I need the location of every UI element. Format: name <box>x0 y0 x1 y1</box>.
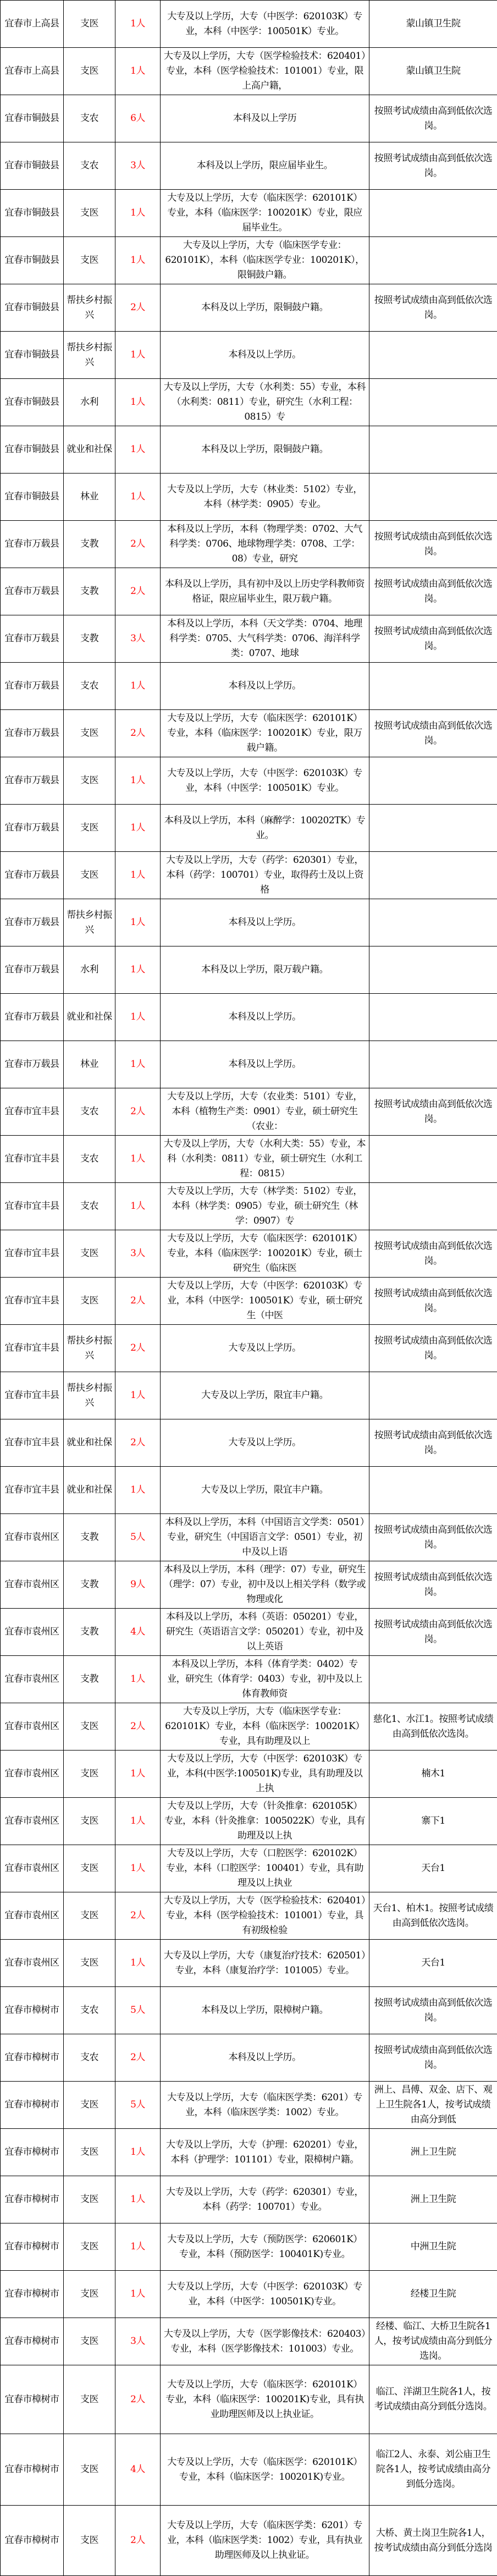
notes-text: 按照考试成绩由高到低依次选岗。 <box>372 1996 495 2025</box>
notes-cell: 慈化1、水江1。按照考试成绩由高到低依次选岗。 <box>369 1703 497 1751</box>
position-type-text: 就业和社保 <box>67 444 112 455</box>
region-cell: 宜春市樟树市 <box>1 2034 64 2082</box>
headcount-cell: 1人 <box>115 1372 161 1419</box>
region-cell: 宜春市铜鼓县 <box>1 426 64 474</box>
position-type-text: 支医 <box>80 775 98 786</box>
position-type-cell: 支医 <box>64 1 115 48</box>
requirements-text: 大专及以上学历，大专（中医学：620103K）专业，本科（中医学：100501K… <box>163 9 367 39</box>
position-type-text: 支医 <box>80 728 98 739</box>
position-type-cell: 水利 <box>64 379 115 426</box>
position-type-cell: 支医 <box>64 852 115 899</box>
region-cell: 宜春市万载县 <box>1 1041 64 1088</box>
region-text: 宜春市樟树市 <box>5 2288 59 2299</box>
requirements-cell: 本科及以上学历，本科（物理学类：0702、大气科学类：0706、地球物理学类：0… <box>161 521 369 568</box>
position-type-text: 林业 <box>80 1059 98 1070</box>
table-row: 宜春市袁州区 支医 1人 大专及以上学历，大专（针灸推拿：620105K）专业，… <box>1 1798 497 1845</box>
notes-text: 天台1 <box>372 1861 495 1876</box>
headcount-text: 5人 <box>130 1532 145 1543</box>
position-type-cell: 支医 <box>64 1703 115 1751</box>
headcount-cell: 1人 <box>115 379 161 426</box>
region-cell: 宜春市袁州区 <box>1 1940 64 1987</box>
position-type-cell: 支教 <box>64 615 115 663</box>
position-type-text: 支农 <box>80 2005 98 2016</box>
requirements-cell: 本科及以上学历。 <box>161 899 369 946</box>
requirements-text: 大专及以上学历，大专（临床医学：620101K）专业，本科（临床医学：10020… <box>163 711 367 756</box>
requirements-text: 本科及以上学历，本科（中国语言文学类：0501）专业，研究生（中国语言文学：05… <box>163 1515 367 1560</box>
region-cell: 宜春市万载县 <box>1 899 64 946</box>
requirements-text: 本科及以上学历，限万载户籍。 <box>163 962 367 977</box>
table-row: 宜春市宜丰县 支农 1人 大专及以上学历，大专（林学类：5102）专业，本科（林… <box>1 1183 497 1230</box>
requirements-cell: 大专及以上学历，大专（农业类：5101）专业，本科（植物生产类：0901）专业，… <box>161 1088 369 1136</box>
requirements-cell: 本科及以上学历，限万载户籍。 <box>161 946 369 994</box>
region-cell: 宜春市宜丰县 <box>1 1278 64 1325</box>
position-type-text: 支教 <box>80 538 98 549</box>
headcount-cell: 5人 <box>115 2082 161 2129</box>
headcount-cell: 1人 <box>115 1751 161 1798</box>
region-cell: 宜春市万载县 <box>1 521 64 568</box>
requirements-text: 大专及以上学历，大专（医学检验技术：620401）专业，本科（医学检验技术：10… <box>163 1894 367 1938</box>
headcount-cell: 2人 <box>115 2506 161 2576</box>
requirements-text: 大专及以上学历，大专（医学影像技术：620403）专业，本科（医学影像技术：10… <box>163 2327 367 2357</box>
requirements-text: 大专及以上学历，大专（医学检验技术：620401）专业，本科（医学检验技术：10… <box>163 49 367 93</box>
region-cell: 宜春市宜丰县 <box>1 1372 64 1419</box>
notes-cell: 经楼卫生院 <box>369 2271 497 2318</box>
notes-cell: 洲上卫生院 <box>369 2129 497 2176</box>
region-cell: 宜春市樟树市 <box>1 2223 64 2271</box>
requirements-cell: 大专及以上学历，大专（预防医学：620601K）专业，本科（预防医学：10040… <box>161 2223 369 2271</box>
table-row: 宜春市樟树市 支医 1人 大专及以上学历，大专（护理：620201）专业，本科（… <box>1 2129 497 2176</box>
region-cell: 宜春市樟树市 <box>1 2129 64 2176</box>
position-type-text: 支医 <box>80 1295 98 1306</box>
headcount-text: 1人 <box>130 775 145 786</box>
position-type-text: 支农 <box>80 1106 98 1117</box>
region-cell: 宜春市万载县 <box>1 852 64 899</box>
position-type-text: 支农 <box>80 2052 98 2063</box>
position-type-cell: 支医 <box>64 757 115 805</box>
position-type-text: 支医 <box>80 822 98 833</box>
position-type-cell: 就业和社保 <box>64 1467 115 1514</box>
headcount-cell: 1人 <box>115 474 161 521</box>
position-type-cell: 帮扶乡村振兴 <box>64 1372 115 1419</box>
table-row: 宜春市铜鼓县 帮扶乡村振兴 2人 本科及以上学历，限铜鼓户籍。 按照考试成绩由高… <box>1 284 497 332</box>
position-type-text: 支医 <box>80 2146 98 2157</box>
table-row: 宜春市袁州区 支教 4人 本科及以上学历，本科（英语：050201）专业，研究生… <box>1 1609 497 1656</box>
headcount-text: 1人 <box>130 2241 145 2252</box>
position-type-cell: 支医 <box>64 190 115 237</box>
headcount-cell: 2人 <box>115 1419 161 1467</box>
headcount-text: 1人 <box>130 1011 145 1022</box>
region-text: 宜春市袁州区 <box>5 1768 59 1779</box>
requirements-text: 本科及以上学历 <box>163 111 367 126</box>
position-type-text: 支医 <box>80 1768 98 1779</box>
region-text: 宜春市万载县 <box>5 538 59 549</box>
position-type-text: 支医 <box>80 2288 98 2299</box>
requirements-text: 本科及以上学历，限铜鼓户籍。 <box>163 300 367 315</box>
notes-cell: 天台1 <box>369 1845 497 1892</box>
region-cell: 宜春市袁州区 <box>1 1845 64 1892</box>
region-text: 宜春市宜丰县 <box>5 1437 59 1448</box>
requirements-cell: 大专及以上学历，大专（医学检验技术：620401）专业，本科（医学检验技术：10… <box>161 1892 369 1940</box>
table-row: 宜春市樟树市 支医 1人 大专及以上学历，大专（预防医学：620601K）专业，… <box>1 2223 497 2271</box>
notes-cell: 按照考试成绩由高到低依次选岗。 <box>369 521 497 568</box>
position-type-text: 支医 <box>80 2464 98 2475</box>
notes-cell: 按照考试成绩由高到低依次选岗。 <box>369 1325 497 1372</box>
requirements-text: 大专及以上学历。 <box>163 1341 367 1356</box>
region-text: 宜春市樟树市 <box>5 2241 59 2252</box>
headcount-cell: 3人 <box>115 615 161 663</box>
headcount-cell: 9人 <box>115 1561 161 1609</box>
headcount-cell: 1人 <box>115 946 161 994</box>
table-row: 宜春市铜鼓县 帮扶乡村振兴 1人 本科及以上学历。 <box>1 332 497 379</box>
requirements-cell: 大专及以上学历，大专（中医学：620103K）专业，本科（中医学：100501K… <box>161 2271 369 2318</box>
position-type-text: 支农 <box>80 1153 98 1164</box>
position-type-cell: 支医 <box>64 1940 115 1987</box>
table-row: 宜春市樟树市 支医 2人 大专及以上学历，大专（临床医学：620101K）专业，… <box>1 2365 497 2434</box>
table-row: 宜春市袁州区 支医 1人 大专及以上学历，大专（康复治疗技术：620501）专业… <box>1 1940 497 1987</box>
requirements-text: 大专及以上学历，大专（中医学：620103K）专业，本科(中医学:100501K… <box>163 1752 367 1796</box>
headcount-cell: 3人 <box>115 142 161 190</box>
headcount-cell: 1人 <box>115 332 161 379</box>
position-type-cell: 支医 <box>64 805 115 852</box>
requirements-cell: 本科及以上学历，限铜鼓户籍。 <box>161 426 369 474</box>
region-cell: 宜春市樟树市 <box>1 2318 64 2365</box>
requirements-text: 本科及以上学历，限应届毕业生。 <box>163 158 367 173</box>
notes-text: 天台1、柏木1。按照考试成绩由高到低依次选岗。 <box>372 1901 495 1931</box>
region-text: 宜春市铜鼓县 <box>5 444 59 455</box>
position-type-cell: 林业 <box>64 474 115 521</box>
notes-cell <box>369 1467 497 1514</box>
requirements-text: 大专及以上学历，大专（水利类：55）专业，本科（水利类：0811）专业，研究生（… <box>163 380 367 425</box>
notes-cell <box>369 426 497 474</box>
positions-table: 宜春市上高县 支医 1人 大专及以上学历，大专（中医学：620103K）专业，本… <box>0 0 497 2576</box>
requirements-text: 大专及以上学历，大专（药学：620301）专业，本科（药学：100701）专业，… <box>163 853 367 898</box>
headcount-text: 1人 <box>130 397 145 408</box>
requirements-text: 本科及以上学历。 <box>163 348 367 362</box>
headcount-text: 5人 <box>130 2099 145 2110</box>
requirements-text: 本科及以上学历，具有初中及以上历史学科教师资格证，限应届毕业生，限万载户籍。 <box>163 577 367 607</box>
position-type-cell: 水利 <box>64 946 115 994</box>
region-text: 宜春市万载县 <box>5 775 59 786</box>
requirements-cell: 大专及以上学历，大专（针灸推拿：620105K）专业，本科（针灸推拿：10050… <box>161 1798 369 1845</box>
position-type-text: 支医 <box>80 1248 98 1259</box>
headcount-cell: 5人 <box>115 1514 161 1561</box>
notes-text: 洲上卫生院 <box>372 2192 495 2207</box>
table-row: 宜春市樟树市 支医 4人 大专及以上学历，大专（临床医学：620101K）专业，… <box>1 2434 497 2506</box>
position-type-cell: 支农 <box>64 1987 115 2034</box>
region-cell: 宜春市袁州区 <box>1 1609 64 1656</box>
table-row: 宜春市袁州区 支教 9人 本科及以上学历，本科（理学：07）专业，研究生（理学：… <box>1 1561 497 1609</box>
notes-text: 蒙山镇卫生院 <box>372 16 495 31</box>
requirements-cell: 本科及以上学历。 <box>161 332 369 379</box>
headcount-cell: 1人 <box>115 237 161 284</box>
position-type-cell: 支农 <box>64 142 115 190</box>
requirements-cell: 本科及以上学历 <box>161 95 369 142</box>
region-cell: 宜春市袁州区 <box>1 1561 64 1609</box>
region-text: 宜春市宜丰县 <box>5 1153 59 1164</box>
notes-cell <box>369 1041 497 1088</box>
region-cell: 宜春市铜鼓县 <box>1 379 64 426</box>
headcount-text: 1人 <box>130 964 145 975</box>
region-cell: 宜春市袁州区 <box>1 1514 64 1561</box>
position-type-text: 支医 <box>80 65 98 76</box>
requirements-text: 大专及以上学历，大专（林学类：5102）专业，本科（林学类：0905）专业，硕士… <box>163 1184 367 1229</box>
position-type-text: 支医 <box>80 1910 98 1921</box>
region-text: 宜春市樟树市 <box>5 2535 59 2546</box>
notes-cell: 按照考试成绩由高到低依次选岗。 <box>369 1419 497 1467</box>
notes-text: 按照考试成绩由高到低依次选岗。 <box>372 1286 495 1316</box>
requirements-text: 大专及以上学历，大专（药学：620301）专业，本科（药学：100701）专业。 <box>163 2185 367 2215</box>
position-type-text: 就业和社保 <box>67 1437 112 1448</box>
notes-cell <box>369 332 497 379</box>
table-row: 宜春市袁州区 支教 1人 本科及以上学历，本科（体育学类：0402）专业，研究生… <box>1 1656 497 1703</box>
notes-text: 按照考试成绩由高到低依次选岗。 <box>372 1334 495 1363</box>
requirements-text: 大专及以上学历，大专（临床医学：620101K）专业，本科（临床医学：10020… <box>163 1231 367 1276</box>
position-type-text: 水利 <box>80 964 98 975</box>
region-cell: 宜春市袁州区 <box>1 1798 64 1845</box>
region-cell: 宜春市宜丰县 <box>1 1088 64 1136</box>
requirements-cell: 大专及以上学历，大专（医学检验技术：620401）专业，本科（医学检验技术：10… <box>161 48 369 95</box>
notes-text: 中洲卫生院 <box>372 2239 495 2254</box>
requirements-cell: 本科及以上学历，限樟树户籍。 <box>161 1987 369 2034</box>
headcount-text: 1人 <box>130 1863 145 1874</box>
requirements-text: 本科及以上学历。 <box>163 915 367 930</box>
notes-cell: 天台1、柏木1。按照考试成绩由高到低依次选岗。 <box>369 1892 497 1940</box>
requirements-text: 大专及以上学历，大专（农业类：5101）专业，本科（植物生产类：0901）专业，… <box>163 1089 367 1134</box>
region-cell: 宜春市万载县 <box>1 568 64 615</box>
region-cell: 宜春市万载县 <box>1 805 64 852</box>
requirements-cell: 大专及以上学历。 <box>161 1419 369 1467</box>
headcount-text: 1人 <box>130 2288 145 2299</box>
position-type-cell: 帮扶乡村振兴 <box>64 899 115 946</box>
requirements-cell: 大专及以上学历，大专（林业类：5102）专业，本科（林学类：0905）专业。 <box>161 474 369 521</box>
region-text: 宜春市袁州区 <box>5 1815 59 1826</box>
headcount-cell: 1人 <box>115 994 161 1041</box>
region-text: 宜春市铜鼓县 <box>5 397 59 408</box>
region-text: 宜春市袁州区 <box>5 1674 59 1685</box>
requirements-text: 本科及以上学历，本科（英语：050201）专业，研究生（英语语言文学：05020… <box>163 1610 367 1654</box>
headcount-cell: 1人 <box>115 2223 161 2271</box>
notes-cell: 临江2人、永泰、刘公庙卫生院各1人，按考试成绩由高分到低分选岗。 <box>369 2434 497 2506</box>
requirements-text: 大专及以上学历，大专（护理：620201）专业，本科（护理学：101101）专业… <box>163 2138 367 2167</box>
headcount-cell: 1人 <box>115 852 161 899</box>
headcount-text: 2人 <box>130 538 145 549</box>
notes-cell <box>369 663 497 710</box>
headcount-cell: 1人 <box>115 190 161 237</box>
notes-cell: 按照考试成绩由高到低依次选岗。 <box>369 95 497 142</box>
region-text: 宜春市万载县 <box>5 917 59 928</box>
table-row: 宜春市袁州区 支医 1人 大专及以上学历，大专（口腔医学：620102K）专业，… <box>1 1845 497 1892</box>
requirements-text: 本科及以上学历，限樟树户籍。 <box>163 2003 367 2018</box>
position-type-text: 帮扶乡村振兴 <box>67 342 112 368</box>
region-text: 宜春市万载县 <box>5 586 59 597</box>
table-row: 宜春市铜鼓县 支农 6人 本科及以上学历 按照考试成绩由高到低依次选岗。 <box>1 95 497 142</box>
requirements-cell: 大专及以上学历，大专（临床医学：620101K）专业，本科（临床医学：10020… <box>161 2434 369 2506</box>
requirements-text: 大专及以上学历，大专（水利大类：55）专业，本科（水利类：0811）专业，硕士研… <box>163 1137 367 1181</box>
requirements-text: 本科及以上学历。 <box>163 2050 367 2065</box>
headcount-text: 2人 <box>130 2535 145 2546</box>
region-cell: 宜春市宜丰县 <box>1 1325 64 1372</box>
position-type-cell: 支医 <box>64 2223 115 2271</box>
table-row: 宜春市上高县 支医 1人 大专及以上学历，大专（医学检验技术：620401）专业… <box>1 48 497 95</box>
requirements-text: 大专及以上学历，限宜丰户籍。 <box>163 1483 367 1498</box>
headcount-cell: 2人 <box>115 710 161 757</box>
requirements-cell: 大专及以上学历，大专（药学：620301）专业，本科（药学：100701）专业，… <box>161 852 369 899</box>
headcount-cell: 1人 <box>115 805 161 852</box>
notes-text: 洲上卫生院 <box>372 2145 495 2160</box>
headcount-text: 1人 <box>130 1768 145 1779</box>
headcount-cell: 2人 <box>115 2034 161 2082</box>
headcount-text: 4人 <box>130 2464 145 2475</box>
requirements-cell: 大专及以上学历，大专（医学影像技术：620403）专业，本科（医学影像技术：10… <box>161 2318 369 2365</box>
requirements-text: 本科及以上学历，本科（麻醉学：100202TK）专业。 <box>163 813 367 843</box>
notes-cell: 按照考试成绩由高到低依次选岗。 <box>369 1088 497 1136</box>
region-cell: 宜春市上高县 <box>1 48 64 95</box>
region-text: 宜春市袁州区 <box>5 1626 59 1637</box>
requirements-cell: 大专及以上学历，大专（护理：620201）专业，本科（护理学：101101）专业… <box>161 2129 369 2176</box>
notes-cell <box>369 994 497 1041</box>
region-cell: 宜春市万载县 <box>1 663 64 710</box>
position-type-cell: 林业 <box>64 1041 115 1088</box>
requirements-cell: 大专及以上学历，大专（中医学：620103K）专业，本科（中医学：100501K… <box>161 1278 369 1325</box>
requirements-cell: 本科及以上学历，本科（麻醉学：100202TK）专业。 <box>161 805 369 852</box>
notes-text: 按照考试成绩由高到低依次选岗。 <box>372 1617 495 1647</box>
notes-cell: 按照考试成绩由高到低依次选岗。 <box>369 1609 497 1656</box>
position-type-text: 支医 <box>80 2535 98 2546</box>
notes-text: 慈化1、水江1。按照考试成绩由高到低依次选岗。 <box>372 1712 495 1742</box>
headcount-text: 1人 <box>130 349 145 360</box>
notes-cell: 蒙山镇卫生院 <box>369 48 497 95</box>
table-row: 宜春市樟树市 支医 5人 大专及以上学历，大专（临床医学类：6201）专业，本科… <box>1 2082 497 2129</box>
requirements-text: 大专及以上学历，大专（临床医学：620101K）专业，本科（临床医学：10020… <box>163 2455 367 2485</box>
headcount-text: 1人 <box>130 491 145 502</box>
position-type-text: 支农 <box>80 113 98 124</box>
headcount-cell: 1人 <box>115 1 161 48</box>
notes-cell: 按照考试成绩由高到低依次选岗。 <box>369 710 497 757</box>
position-type-text: 支医 <box>80 1815 98 1826</box>
headcount-cell: 2人 <box>115 568 161 615</box>
headcount-text: 1人 <box>130 1059 145 1070</box>
headcount-text: 1人 <box>130 444 145 455</box>
requirements-text: 本科及以上学历，本科（体育学类：0402）专业，研究生（体育学：0403）专业，… <box>163 1657 367 1702</box>
requirements-text: 本科及以上学历。 <box>163 1057 367 1072</box>
headcount-text: 1人 <box>130 1484 145 1495</box>
region-text: 宜春市万载县 <box>5 1011 59 1022</box>
position-type-text: 帮扶乡村振兴 <box>67 295 112 321</box>
position-type-text: 支医 <box>80 2394 98 2405</box>
position-type-cell: 支医 <box>64 1751 115 1798</box>
position-type-text: 支农 <box>80 160 98 171</box>
notes-cell: 按照考试成绩由高到低依次选岗。 <box>369 1514 497 1561</box>
region-cell: 宜春市宜丰县 <box>1 1136 64 1183</box>
position-type-text: 支医 <box>80 2241 98 2252</box>
headcount-text: 2人 <box>130 1910 145 1921</box>
notes-text: 按照考试成绩由高到低依次选岗。 <box>372 2043 495 2073</box>
notes-text: 按照考试成绩由高到低依次选岗。 <box>372 1239 495 1269</box>
table-row: 宜春市铜鼓县 水利 1人 大专及以上学历，大专（水利类：55）专业，本科（水利类… <box>1 379 497 426</box>
region-cell: 宜春市铜鼓县 <box>1 95 64 142</box>
requirements-text: 大专及以上学历，大专（临床医学：620101K）专业，本科（临床医学：10020… <box>163 191 367 235</box>
position-type-cell: 支医 <box>64 2176 115 2223</box>
region-cell: 宜春市樟树市 <box>1 2434 64 2506</box>
headcount-text: 3人 <box>130 2336 145 2347</box>
region-text: 宜春市万载县 <box>5 964 59 975</box>
notes-cell <box>369 1136 497 1183</box>
position-type-cell: 支医 <box>64 1845 115 1892</box>
notes-cell: 按照考试成绩由高到低依次选岗。 <box>369 615 497 663</box>
region-text: 宜春市万载县 <box>5 728 59 739</box>
position-type-cell: 就业和社保 <box>64 426 115 474</box>
region-text: 宜春市铜鼓县 <box>5 113 59 124</box>
position-type-text: 支医 <box>80 2336 98 2347</box>
headcount-cell: 2人 <box>115 1892 161 1940</box>
notes-text: 楠木1 <box>372 1766 495 1781</box>
region-text: 宜春市宜丰县 <box>5 1248 59 1259</box>
notes-text: 蒙山镇卫生院 <box>372 64 495 79</box>
requirements-cell: 大专及以上学历，大专（临床医学：620101K）专业，本科（临床医学：10020… <box>161 1230 369 1278</box>
requirements-text: 大专及以上学历，大专（临床医学专业：620101K）专业，本科（临床医学：100… <box>163 1704 367 1749</box>
requirements-text: 大专及以上学历。 <box>163 1435 367 1450</box>
headcount-cell: 1人 <box>115 48 161 95</box>
position-type-cell: 支医 <box>64 2129 115 2176</box>
region-text: 宜春市宜丰县 <box>5 1295 59 1306</box>
region-text: 宜春市樟树市 <box>5 2336 59 2347</box>
headcount-text: 2人 <box>130 728 145 739</box>
headcount-text: 3人 <box>130 633 145 644</box>
table-row: 宜春市宜丰县 支农 1人 大专及以上学历，大专（水利大类：55）专业，本科（水利… <box>1 1136 497 1183</box>
requirements-text: 大专及以上学历，大专（口腔医学：620102K）专业，本科（口腔医学：10040… <box>163 1846 367 1891</box>
notes-cell: 洲上、昌傅、双金、店下、观上卫生院各1人，按考试成绩由高分到低 <box>369 2082 497 2129</box>
notes-cell <box>369 899 497 946</box>
notes-text: 经楼、临江、大桥卫生院各1人，按考试成绩由高分到低分选岗。 <box>372 2319 495 2364</box>
position-type-cell: 支医 <box>64 710 115 757</box>
region-cell: 宜春市樟树市 <box>1 2506 64 2576</box>
table-row: 宜春市铜鼓县 就业和社保 1人 本科及以上学历，限铜鼓户籍。 <box>1 426 497 474</box>
region-text: 宜春市宜丰县 <box>5 1201 59 1212</box>
table-row: 宜春市万载县 支农 1人 本科及以上学历。 <box>1 663 497 710</box>
position-type-cell: 支医 <box>64 2082 115 2129</box>
notes-cell <box>369 379 497 426</box>
position-type-text: 支医 <box>80 869 98 880</box>
notes-text: 洲上、昌傅、双金、店下、观上卫生院各1人，按考试成绩由高分到低 <box>372 2083 495 2127</box>
notes-cell: 蒙山镇卫生院 <box>369 1 497 48</box>
requirements-cell: 本科及以上学历，本科（中国语言文学类：0501）专业，研究生（中国语言文学：05… <box>161 1514 369 1561</box>
notes-cell: 临江、洋湖卫生院各1人，按考试成绩由高分到低分选岗。 <box>369 2365 497 2434</box>
headcount-text: 2人 <box>130 1342 145 1353</box>
position-type-cell: 帮扶乡村振兴 <box>64 1325 115 1372</box>
region-text: 宜春市樟树市 <box>5 2194 59 2205</box>
requirements-cell: 大专及以上学历，大专（中医学：620103K）专业，本科(中医学:100501K… <box>161 1751 369 1798</box>
requirements-cell: 本科及以上学历，本科（英语：050201）专业，研究生（英语语言文学：05020… <box>161 1609 369 1656</box>
table-row: 宜春市万载县 支教 3人 本科及以上学历，本科（天文学类：0704、地理科学类：… <box>1 615 497 663</box>
region-text: 宜春市宜丰县 <box>5 1390 59 1401</box>
region-text: 宜春市铜鼓县 <box>5 302 59 313</box>
region-text: 宜春市樟树市 <box>5 2394 59 2405</box>
table-row: 宜春市樟树市 支医 1人 大专及以上学历，大专（药学：620301）专业，本科（… <box>1 2176 497 2223</box>
notes-text: 按照考试成绩由高到低依次选岗。 <box>372 530 495 559</box>
headcount-text: 2人 <box>130 2394 145 2405</box>
positions-table-body: 宜春市上高县 支医 1人 大专及以上学历，大专（中医学：620103K）专业，本… <box>1 1 497 2576</box>
notes-text: 按照考试成绩由高到低依次选岗。 <box>372 624 495 654</box>
requirements-cell: 本科及以上学历。 <box>161 663 369 710</box>
notes-cell: 按照考试成绩由高到低依次选岗。 <box>369 1561 497 1609</box>
requirements-text: 大专及以上学历，大专（预防医学：620601K）专业，本科（预防医学：10040… <box>163 2232 367 2262</box>
region-cell: 宜春市宜丰县 <box>1 1419 64 1467</box>
requirements-text: 本科及以上学历，本科（天文学类：0704、地理科学类：0705、大气科学类：07… <box>163 617 367 661</box>
headcount-text: 2人 <box>130 1106 145 1117</box>
region-text: 宜春市樟树市 <box>5 2464 59 2475</box>
headcount-text: 1人 <box>130 2194 145 2205</box>
headcount-cell: 2人 <box>115 1325 161 1372</box>
